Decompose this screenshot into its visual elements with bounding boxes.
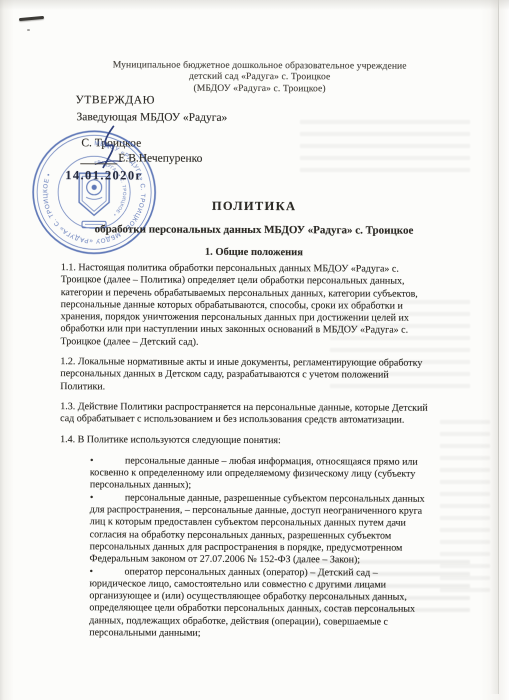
paragraph-1-2: 1.2. Локальные нормативные акты и иные д… xyxy=(60,356,432,395)
signature-line xyxy=(80,163,117,164)
approval-label: УТВЕРЖДАЮ xyxy=(76,94,156,106)
scanned-document-page: Муниципальное бюджетное дошкольное образ… xyxy=(0,0,509,700)
document-subtitle: обработки персональных данных МБДОУ «Рад… xyxy=(61,223,447,237)
definition-item-data-for-distribution: персональные данные, разрешенные субъект… xyxy=(90,492,432,567)
approver-position: Заведующая МБДОУ «Радуга» xyxy=(76,111,227,124)
paragraph-1-1: 1.1. Настоящая политика обработки персон… xyxy=(60,262,432,350)
approval-date: 14.01.2020г xyxy=(65,168,142,183)
definition-item-personal-data: персональные данные – любая информация, … xyxy=(90,455,432,493)
definition-item-operator: оператор персональных данных (оператор) … xyxy=(89,566,431,641)
paragraph-1-3: 1.3. Действие Политики распространяется … xyxy=(60,401,432,427)
section-heading: 1. Общие положения xyxy=(61,246,447,259)
organization-abbreviation-line: (МБДОУ «Радуга» с. Троицкое) xyxy=(45,82,475,95)
definitions-list: персональные данные – любая информация, … xyxy=(89,455,432,641)
page-edge-line xyxy=(498,0,499,694)
signer-name: Е.В.Нечепуренко xyxy=(118,152,202,164)
paragraph-1-4: 1.4. В Политике используются следующие п… xyxy=(60,434,432,448)
document-body: 1.1. Настоящая политика обработки персон… xyxy=(59,262,433,641)
organization-header: Муниципальное бюджетное дошкольное образ… xyxy=(45,59,475,95)
page-edge-shadow xyxy=(490,0,498,694)
document-title: ПОЛИТИКА xyxy=(61,198,447,215)
